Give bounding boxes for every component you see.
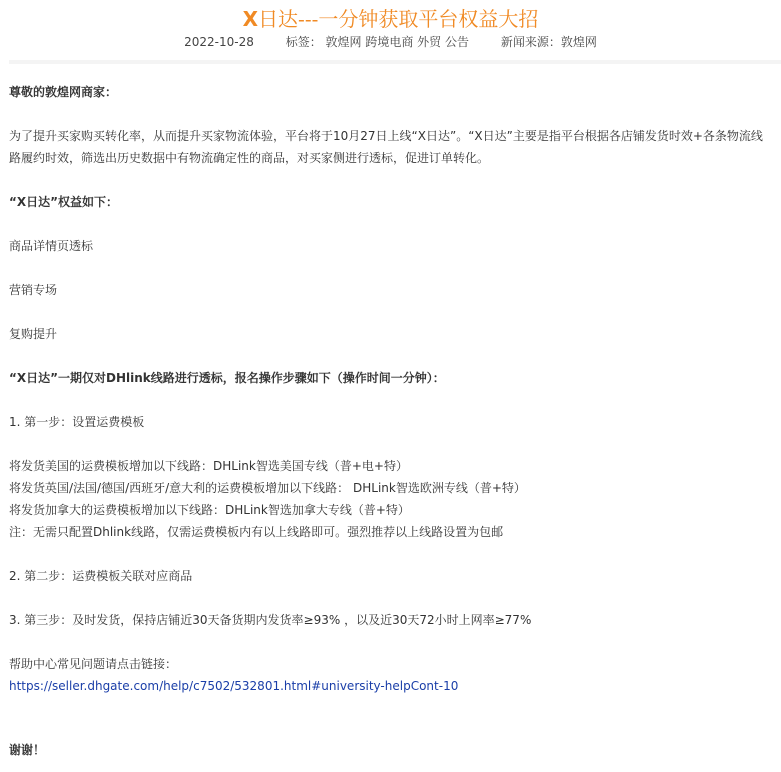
source-value: 敦煌网 bbox=[561, 34, 597, 50]
help-link[interactable]: https://seller.dhgate.com/help/c7502/532… bbox=[9, 675, 458, 697]
page-title: X日达---一分钟获取平台权益大招 bbox=[0, 6, 781, 32]
step-1-note: 注：无需只配置Dhlink线路，仅需运费模板内有以上线路即可。强烈推荐以上线路设… bbox=[9, 521, 503, 543]
steps-heading: “X日达”一期仅对DHlink线路进行透标，报名操作步骤如下（操作时间一分钟）： bbox=[9, 367, 445, 389]
publish-date: 2022-10-28 bbox=[184, 34, 254, 50]
benefits-heading: “X日达”权益如下： bbox=[9, 191, 118, 213]
header-divider bbox=[9, 60, 781, 64]
step-2: 2. 第二步：运费模板关联对应商品 bbox=[9, 565, 192, 587]
tags: 标签： 敦煌网 跨境电商 外贸 公告 bbox=[286, 34, 469, 50]
step-1-line: 将发货英国/法国/德国/西班牙/意大利的运费模板增加以下线路： DHLink智选… bbox=[9, 477, 526, 499]
article-meta: 2022-10-28 标签： 敦煌网 跨境电商 外贸 公告 新闻来源：敦煌网 bbox=[0, 34, 781, 50]
step-3: 3. 第三步：及时发货，保持店铺近30天备货期内发货率≥93% ，以及近30天7… bbox=[9, 609, 531, 631]
intro-paragraph: 为了提升买家购买转化率，从而提升买家物流体验，平台将于10月27日上线“X日达”… bbox=[9, 125, 774, 169]
greeting: 尊敬的敦煌网商家： bbox=[9, 81, 117, 103]
step-1: 1. 第一步：设置运费模板 bbox=[9, 411, 144, 433]
step-1-line: 将发货美国的运费模板增加以下线路：DHLink智选美国专线（普+电+特） bbox=[9, 455, 408, 477]
benefit-item: 商品详情页透标 bbox=[9, 235, 93, 257]
tags-value[interactable]: 敦煌网 跨境电商 外贸 公告 bbox=[326, 34, 469, 50]
tags-label: 标签： bbox=[286, 34, 322, 50]
title-x: X bbox=[243, 7, 258, 31]
title-rest: 日达---一分钟获取平台权益大招 bbox=[258, 7, 538, 31]
benefit-item: 营销专场 bbox=[9, 279, 57, 301]
news-source: 新闻来源：敦煌网 bbox=[501, 34, 597, 50]
thanks: 谢谢！ bbox=[9, 739, 45, 761]
source-label: 新闻来源： bbox=[501, 34, 561, 50]
help-label: 帮助中心常见问题请点击链接： bbox=[9, 653, 177, 675]
step-1-line: 将发货加拿大的运费模板增加以下线路：DHLink智选加拿大专线（普+特） bbox=[9, 499, 410, 521]
benefit-item: 复购提升 bbox=[9, 323, 57, 345]
